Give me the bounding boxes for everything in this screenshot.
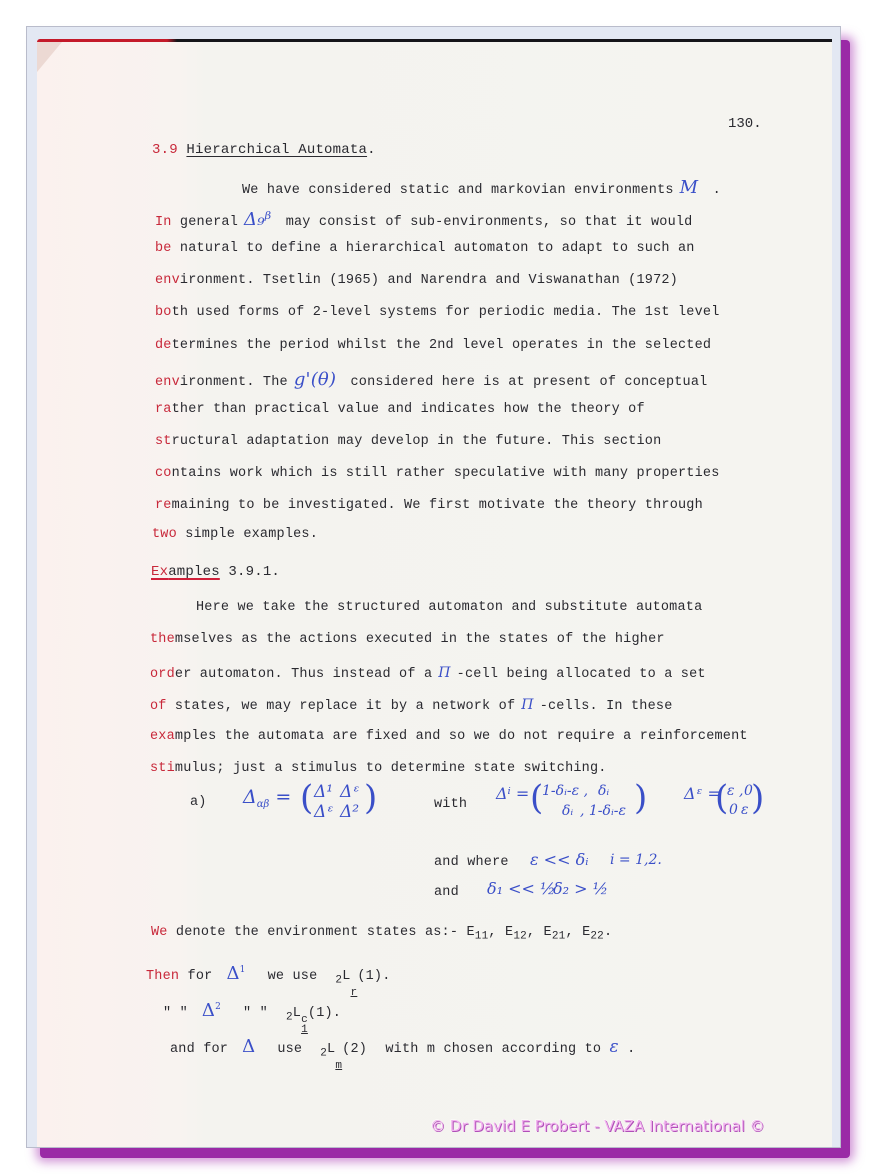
margin-red-text: env xyxy=(155,375,180,390)
handwritten-symbol: g'(θ) xyxy=(294,369,336,390)
condition-delta2: δ₂ > ½ xyxy=(553,879,608,898)
line-text: natural to define a hierarchical automat… xyxy=(172,241,695,256)
text-line: Here we take the structured automaton an… xyxy=(196,600,702,615)
automaton-argument: (1). xyxy=(357,969,390,984)
text-line: We have considered static and markovian … xyxy=(242,177,721,198)
margin-red-text: co xyxy=(155,466,172,481)
text-line: themselves as the actions executed in th… xyxy=(150,632,665,647)
condition-index: i = 1,2. xyxy=(610,852,662,868)
paper-top-edge xyxy=(37,39,832,42)
matrix-cell-11: Δ¹ xyxy=(314,782,333,802)
examples-label: Examples xyxy=(151,564,220,580)
usage-mid: we use xyxy=(268,969,318,984)
delta-symbol-icon: Δ2 xyxy=(202,1000,221,1021)
usage-line: and forΔuse2L m(2) with m chosen accordi… xyxy=(170,1036,635,1071)
handwritten-symbol: Δ₉ᵝ xyxy=(244,209,271,230)
usage-prefix: and for xyxy=(170,1042,228,1057)
section-number: 3.9 xyxy=(152,142,178,158)
state-symbol: E11 xyxy=(466,925,488,940)
section-heading: 3.9 Hierarchical Automata. xyxy=(152,142,376,158)
usage-after: with m chosen according to xyxy=(377,1042,609,1057)
environment-states-line: We denote the environment states as:- E1… xyxy=(151,925,612,943)
line-text: states, we may replace it by a network o… xyxy=(167,699,516,714)
text-line: examples the automata are fixed and so w… xyxy=(150,729,748,744)
margin-red-text: of xyxy=(150,699,167,714)
automaton-prefix: 2 xyxy=(286,1012,293,1024)
text-line: contains work which is still rather spec… xyxy=(155,466,720,481)
line-text-after: considered here is at present of concept… xyxy=(342,375,707,390)
text-line: of states, we may replace it by a networ… xyxy=(150,697,673,714)
margin-red-text: ra xyxy=(155,402,172,417)
line-text: general xyxy=(172,215,238,230)
delta-symbol-icon: Δ xyxy=(242,1036,255,1057)
automaton-subscript: r xyxy=(351,988,358,998)
line-text: We have considered static and markovian … xyxy=(242,183,674,198)
text-line: order automaton. Thus instead of aΠ-cell… xyxy=(150,665,706,682)
usage-prefix: " " xyxy=(163,1006,188,1021)
text-line: determines the period whilst the 2nd lev… xyxy=(155,338,711,353)
matrix-cell-21: Δᵋ xyxy=(314,802,334,822)
margin-red-text: ord xyxy=(150,667,175,682)
usage-prefix: for xyxy=(179,969,212,984)
delta-eps-cell-22: ε xyxy=(741,802,749,818)
handwritten-symbol: Π xyxy=(438,665,450,681)
examples-number: 3.9.1. xyxy=(220,564,280,580)
delta-i-cell-21: δᵢ xyxy=(562,803,573,819)
condition-delta1: δ₁ << ½ xyxy=(487,879,556,898)
margin-red-text: In xyxy=(155,215,172,230)
usage-end: . xyxy=(619,1042,636,1057)
automaton-indices: c1 xyxy=(301,1015,308,1035)
line-text: maining to be investigated. We first mot… xyxy=(172,498,703,513)
state-list: E11, E12, E21, E22. xyxy=(466,925,612,940)
state-subscript: 11 xyxy=(475,931,489,943)
line-text: ironment. The xyxy=(180,375,288,390)
with-label: with xyxy=(434,797,467,812)
state-separator: , xyxy=(565,925,582,940)
state-symbol: E12 xyxy=(505,925,527,940)
margin-red-text: We xyxy=(151,925,168,940)
handwritten-symbol: Π xyxy=(521,697,533,713)
text-line: In generalΔ₉ᵝ may consist of sub-environ… xyxy=(155,209,692,230)
margin-red-text: de xyxy=(155,338,172,353)
line-text: ructural adaptation may develop in the f… xyxy=(172,434,662,449)
delta-superscript: 2 xyxy=(215,1002,221,1012)
margin-red-text: env xyxy=(155,273,180,288)
text-line: both used forms of 2-level systems for p… xyxy=(155,305,720,320)
state-subscript: 12 xyxy=(513,931,527,943)
state-subscript: 21 xyxy=(552,931,566,943)
line-text: mples the automata are fixed and so we d… xyxy=(175,729,748,744)
state-symbol: E21 xyxy=(544,925,566,940)
automaton-symbol: L xyxy=(327,1042,335,1057)
delta-symbol-icon: Δ1 xyxy=(226,963,245,984)
line-text: termines the period whilst the 2nd level… xyxy=(172,338,712,353)
matrix-cell-12: Δᵋ xyxy=(340,782,360,802)
usage-line: Then forΔ1we use2L r(1). xyxy=(146,963,391,998)
line-text-after: -cells. In these xyxy=(540,699,673,714)
usage-mid: " " xyxy=(243,1006,268,1021)
usage-mid: use xyxy=(277,1042,302,1057)
folded-corner xyxy=(37,42,62,72)
text-line: two simple examples. xyxy=(152,527,318,542)
text-line: be natural to define a hierarchical auto… xyxy=(155,241,695,256)
delta-eps-cell-21: 0 xyxy=(729,802,738,818)
state-subscript: 22 xyxy=(590,931,604,943)
text-line: stimulus; just a stimulus to determine s… xyxy=(150,761,607,776)
automaton-subscript: 1 xyxy=(301,1025,308,1035)
section-title-period: . xyxy=(367,142,376,158)
text-line: structural adaptation may develop in the… xyxy=(155,434,661,449)
line-text: simple examples. xyxy=(177,527,318,542)
delta-i-cell-12: δᵢ xyxy=(598,783,609,799)
automaton-argument: (2) xyxy=(342,1042,367,1057)
delta-alpha-beta-lhs: Δαβ = xyxy=(243,786,291,810)
line-text-after: -cell being allocated to a set xyxy=(457,667,706,682)
and-where-label: and where xyxy=(434,855,509,870)
state-separator: . xyxy=(604,925,612,940)
line-text: ther than practical value and indicates … xyxy=(172,402,645,417)
page-number: 130. xyxy=(728,116,762,132)
text-line: rather than practical value and indicate… xyxy=(155,402,645,417)
text-line: environment. Theg'(θ) considered here is… xyxy=(155,369,707,390)
margin-red-text: Then xyxy=(146,969,179,984)
margin-red-text: the xyxy=(150,632,175,647)
examples-label-rest: amples xyxy=(168,564,220,580)
margin-red-text: two xyxy=(152,527,177,542)
line-text: mulus; just a stimulus to determine stat… xyxy=(175,761,607,776)
section-title: Hierarchical Automata xyxy=(186,142,367,158)
and-label: and xyxy=(434,885,459,900)
line-text: Here we take the structured automaton an… xyxy=(196,600,702,615)
text-line: environment. Tsetlin (1965) and Narendra… xyxy=(155,273,678,288)
epsilon-symbol-icon: ε xyxy=(610,1037,619,1057)
handwritten-symbol: M xyxy=(680,177,699,198)
line-text-after: may consist of sub-environments, so that… xyxy=(277,215,692,230)
delta-i-cell-22: , 1-δᵢ-ε xyxy=(580,803,626,819)
automaton-subscript: m xyxy=(335,1061,342,1071)
delta-i-lhs: Δⁱ = xyxy=(496,784,529,803)
margin-red-text: exa xyxy=(150,729,175,744)
margin-red-text: st xyxy=(155,434,172,449)
matrix-cell-22: Δ² xyxy=(340,802,359,822)
line-text-after: . xyxy=(704,183,721,198)
margin-red-text: re xyxy=(155,498,172,513)
example-a-label: a) xyxy=(190,795,207,810)
automaton-argument: (1). xyxy=(308,1006,341,1021)
margin-red-text: sti xyxy=(150,761,175,776)
copyright-watermark: © Dr David E Probert - VAZA Internationa… xyxy=(430,1117,765,1135)
state-separator: , xyxy=(527,925,544,940)
examples-heading: Examples 3.9.1. xyxy=(151,564,280,580)
automaton-symbol: L xyxy=(293,1006,301,1021)
line-text: ironment. Tsetlin (1965) and Narendra an… xyxy=(180,273,678,288)
state-separator: , xyxy=(488,925,505,940)
line-text: ntains work which is still rather specul… xyxy=(172,466,720,481)
delta-superscript: 1 xyxy=(240,965,246,975)
text-line: remaining to be investigated. We first m… xyxy=(155,498,703,513)
margin-red-text: be xyxy=(155,241,172,256)
line-text: th used forms of 2-level systems for per… xyxy=(172,305,720,320)
delta-eps-cell-11: ε , xyxy=(727,783,743,799)
automaton-symbol: L xyxy=(342,969,350,984)
state-symbol: E22 xyxy=(582,925,604,940)
usage-line: " "Δ2" "2Lc1(1). xyxy=(163,1000,341,1035)
margin-red-text: bo xyxy=(155,305,172,320)
line-text: mselves as the actions executed in the s… xyxy=(175,632,665,647)
states-intro-text: denote the environment states as:- xyxy=(168,925,467,940)
delta-i-cell-11: 1-δᵢ-ε , xyxy=(542,783,588,799)
automaton-prefix: 2 xyxy=(320,1048,327,1060)
condition-eps-delta: ε << δᵢ xyxy=(530,850,588,869)
line-text: er automaton. Thus instead of a xyxy=(175,667,432,682)
